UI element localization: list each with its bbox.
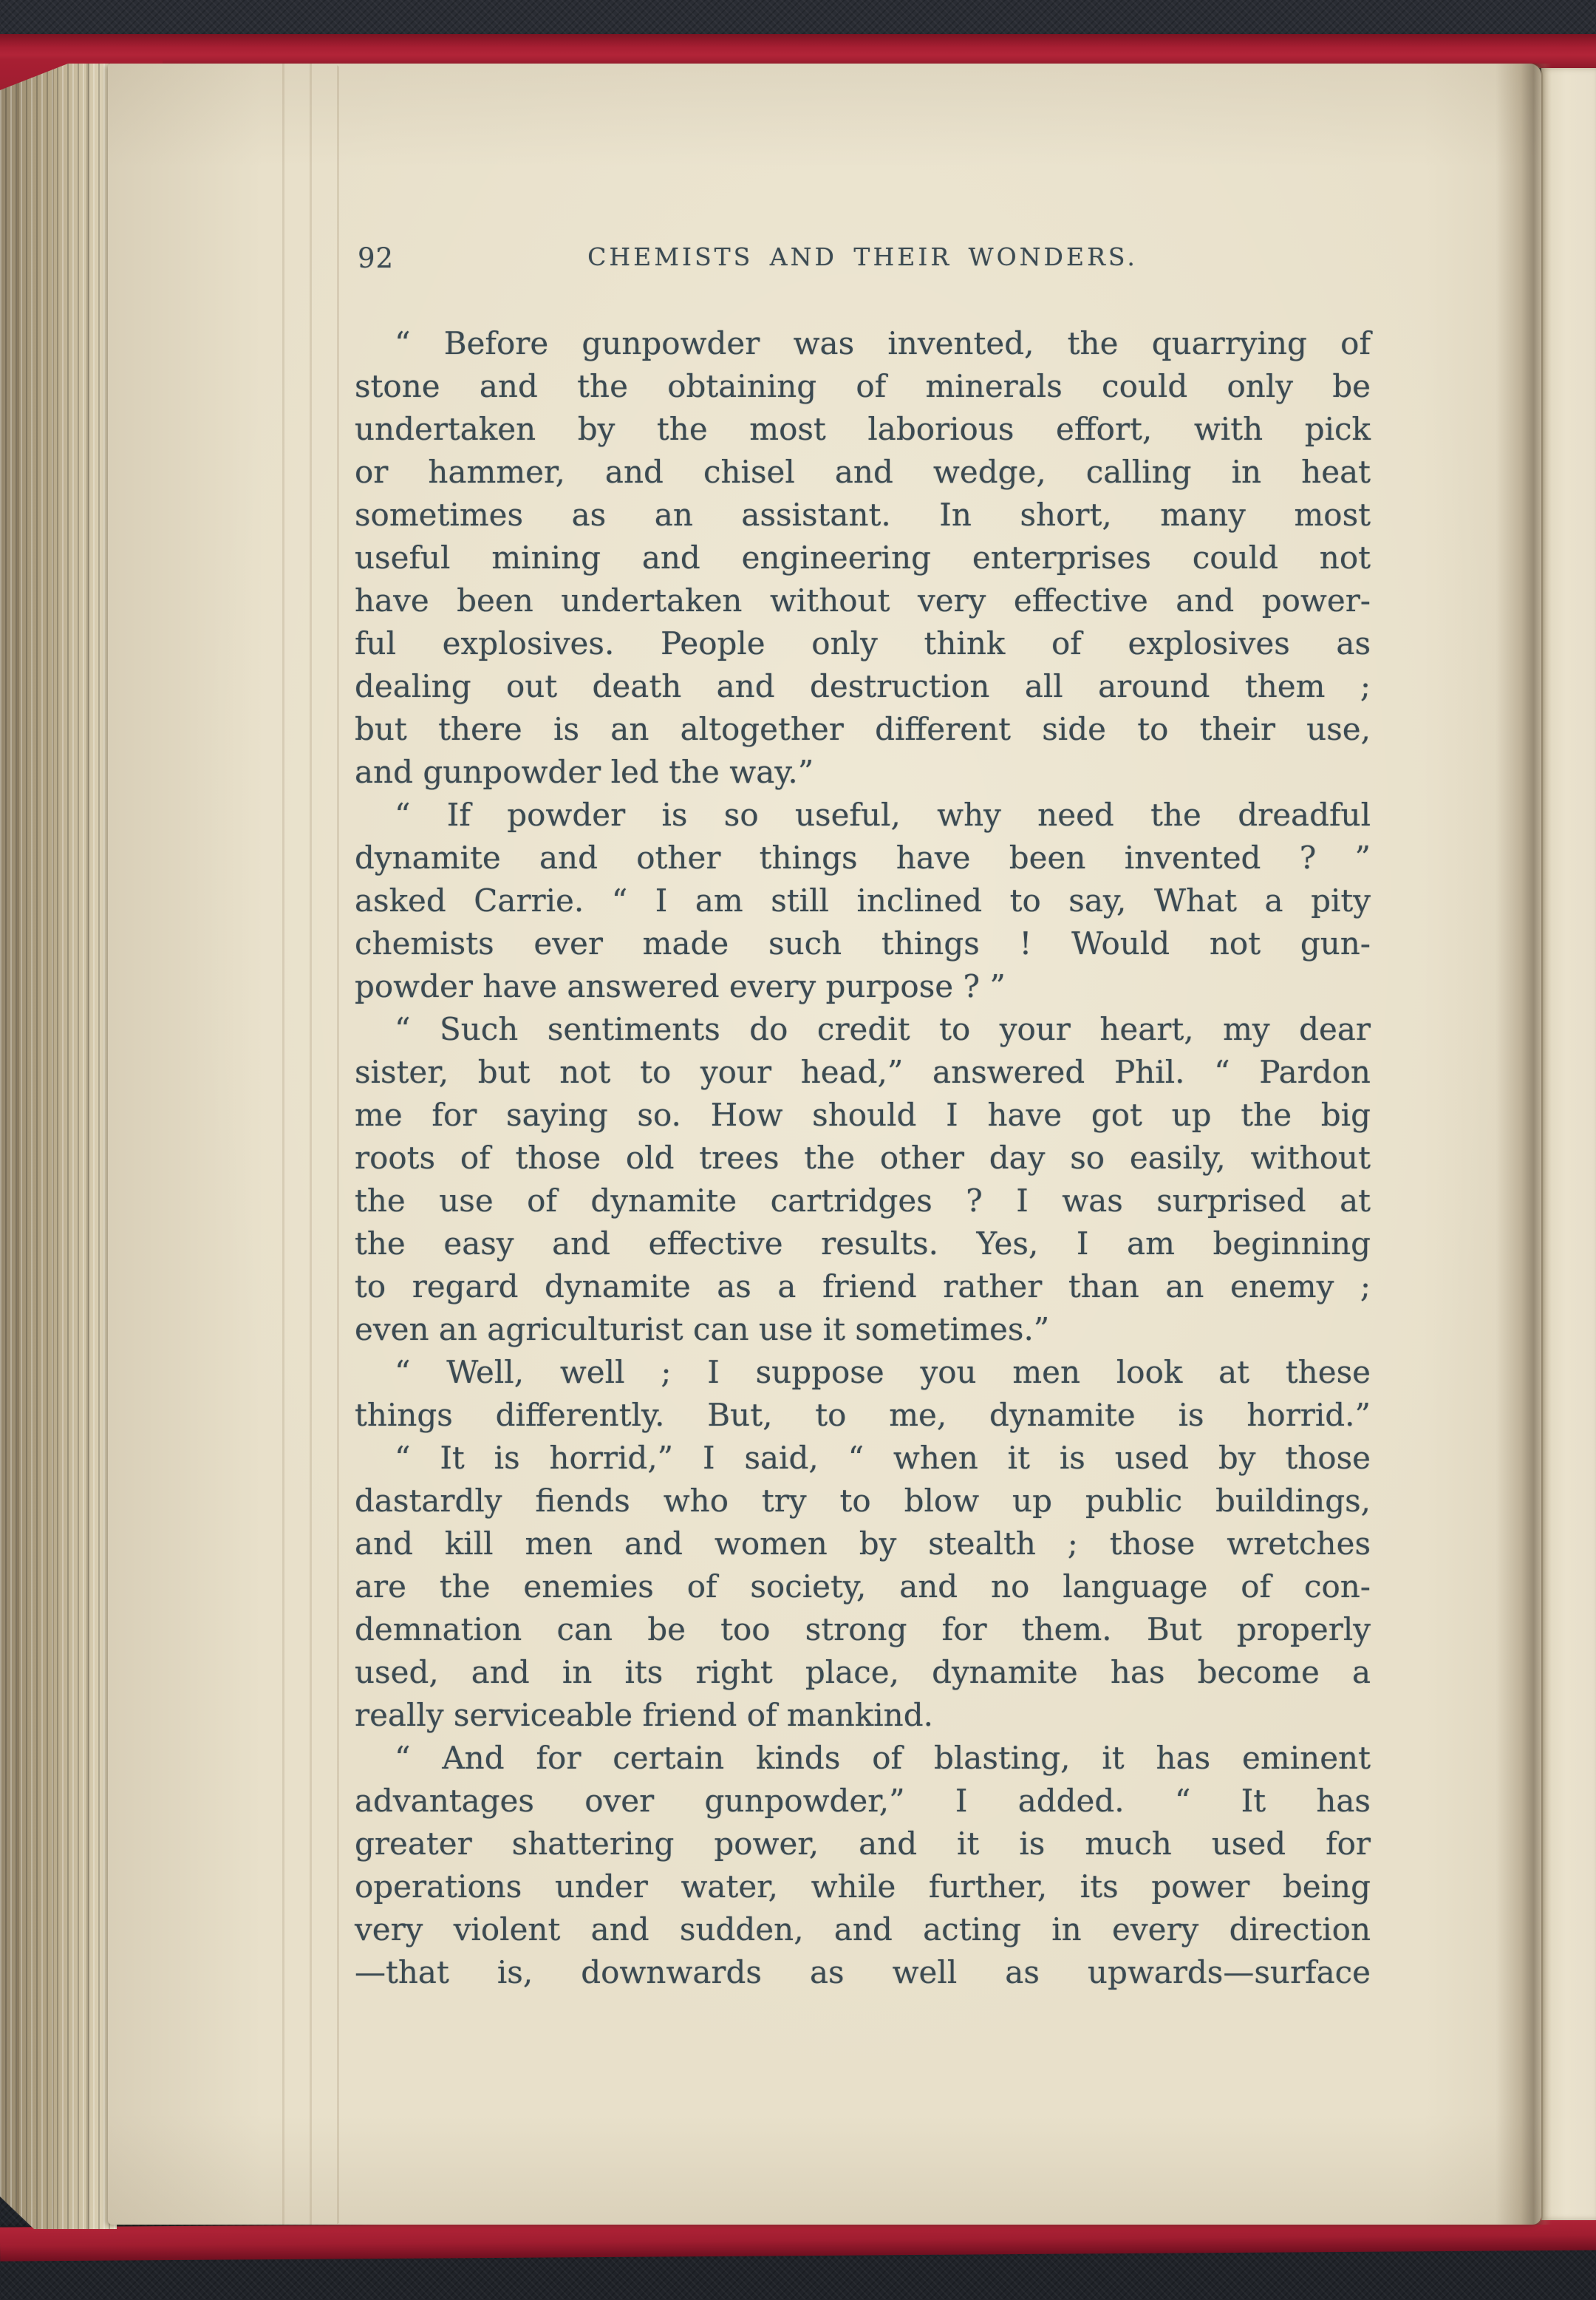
text-line: “ Before gunpowder was invented, the qua… (355, 322, 1371, 365)
text-line: “ And for certain kinds of blasting, it … (355, 1737, 1371, 1780)
page-edges-stack (0, 64, 117, 2229)
text-line: greater shattering power, and it is much… (355, 1823, 1371, 1865)
text-line: and kill men and women by stealth ; thos… (355, 1522, 1371, 1565)
running-title: CHEMISTS AND THEIR WONDERS. (355, 242, 1371, 271)
text-line: sister, but not to your head,” answered … (355, 1051, 1371, 1094)
book-photo-background: 92 CHEMISTS AND THEIR WONDERS. “ Before … (0, 0, 1596, 2300)
text-line: the easy and effective results. Yes, I a… (355, 1222, 1371, 1265)
text-line: “ If powder is so useful, why need the d… (355, 794, 1371, 837)
text-line: ful explosives. People only think of exp… (355, 622, 1371, 665)
text-line: really serviceable friend of mankind. (355, 1694, 1371, 1737)
text-line: chemists ever made such things ! Would n… (355, 922, 1371, 965)
text-line: “ Well, well ; I suppose you men look at… (355, 1351, 1371, 1394)
text-line: dynamite and other things have been inve… (355, 837, 1371, 879)
text-line: to regard dynamite as a friend rather th… (355, 1265, 1371, 1308)
text-line: have been undertaken without very effect… (355, 579, 1371, 622)
text-line: and gunpowder led the way.” (355, 751, 1371, 794)
body-text: “ Before gunpowder was invented, the qua… (355, 322, 1371, 1994)
book-page: 92 CHEMISTS AND THEIR WONDERS. “ Before … (108, 64, 1541, 2225)
text-line: —that is, downwards as well as upwards—s… (355, 1951, 1371, 1994)
text-line: but there is an altogether different sid… (355, 708, 1371, 751)
text-line: advantages over gunpowder,” I added. “ I… (355, 1780, 1371, 1823)
text-line: used, and in its right place, dynamite h… (355, 1651, 1371, 1694)
text-line: powder have answered every purpose ? ” (355, 965, 1371, 1008)
text-line: “ Such sentiments do credit to your hear… (355, 1008, 1371, 1051)
text-line: are the enemies of society, and no langu… (355, 1565, 1371, 1608)
page-gutter-shadow (1496, 64, 1552, 2225)
text-line: me for saying so. How should I have got … (355, 1094, 1371, 1137)
text-line: dealing out death and destruction all ar… (355, 665, 1371, 708)
text-line: stone and the obtaining of minerals coul… (355, 365, 1371, 408)
text-line: undertaken by the most laborious effort,… (355, 408, 1371, 451)
text-line: even an agriculturist can use it sometim… (355, 1308, 1371, 1351)
text-line: very violent and sudden, and acting in e… (355, 1908, 1371, 1951)
running-header: 92 CHEMISTS AND THEIR WONDERS. (355, 242, 1371, 279)
text-line: or hammer, and chisel and wedge, calling… (355, 451, 1371, 494)
text-line: dastardly fiends who try to blow up publ… (355, 1480, 1371, 1522)
page-number: 92 (358, 242, 394, 274)
text-line: operations under water, while further, i… (355, 1865, 1371, 1908)
text-line: the use of dynamite cartridges ? I was s… (355, 1180, 1371, 1222)
text-line: roots of those old trees the other day s… (355, 1137, 1371, 1180)
text-line: things differently. But, to me, dynamite… (355, 1394, 1371, 1437)
text-line: “ It is horrid,” I said, “ when it is us… (355, 1437, 1371, 1480)
text-line: demnation can be too strong for them. Bu… (355, 1608, 1371, 1651)
text-line: sometimes as an assistant. In short, man… (355, 494, 1371, 537)
text-line: useful mining and engineering enterprise… (355, 537, 1371, 579)
text-line: asked Carrie. “ I am still inclined to s… (355, 879, 1371, 922)
